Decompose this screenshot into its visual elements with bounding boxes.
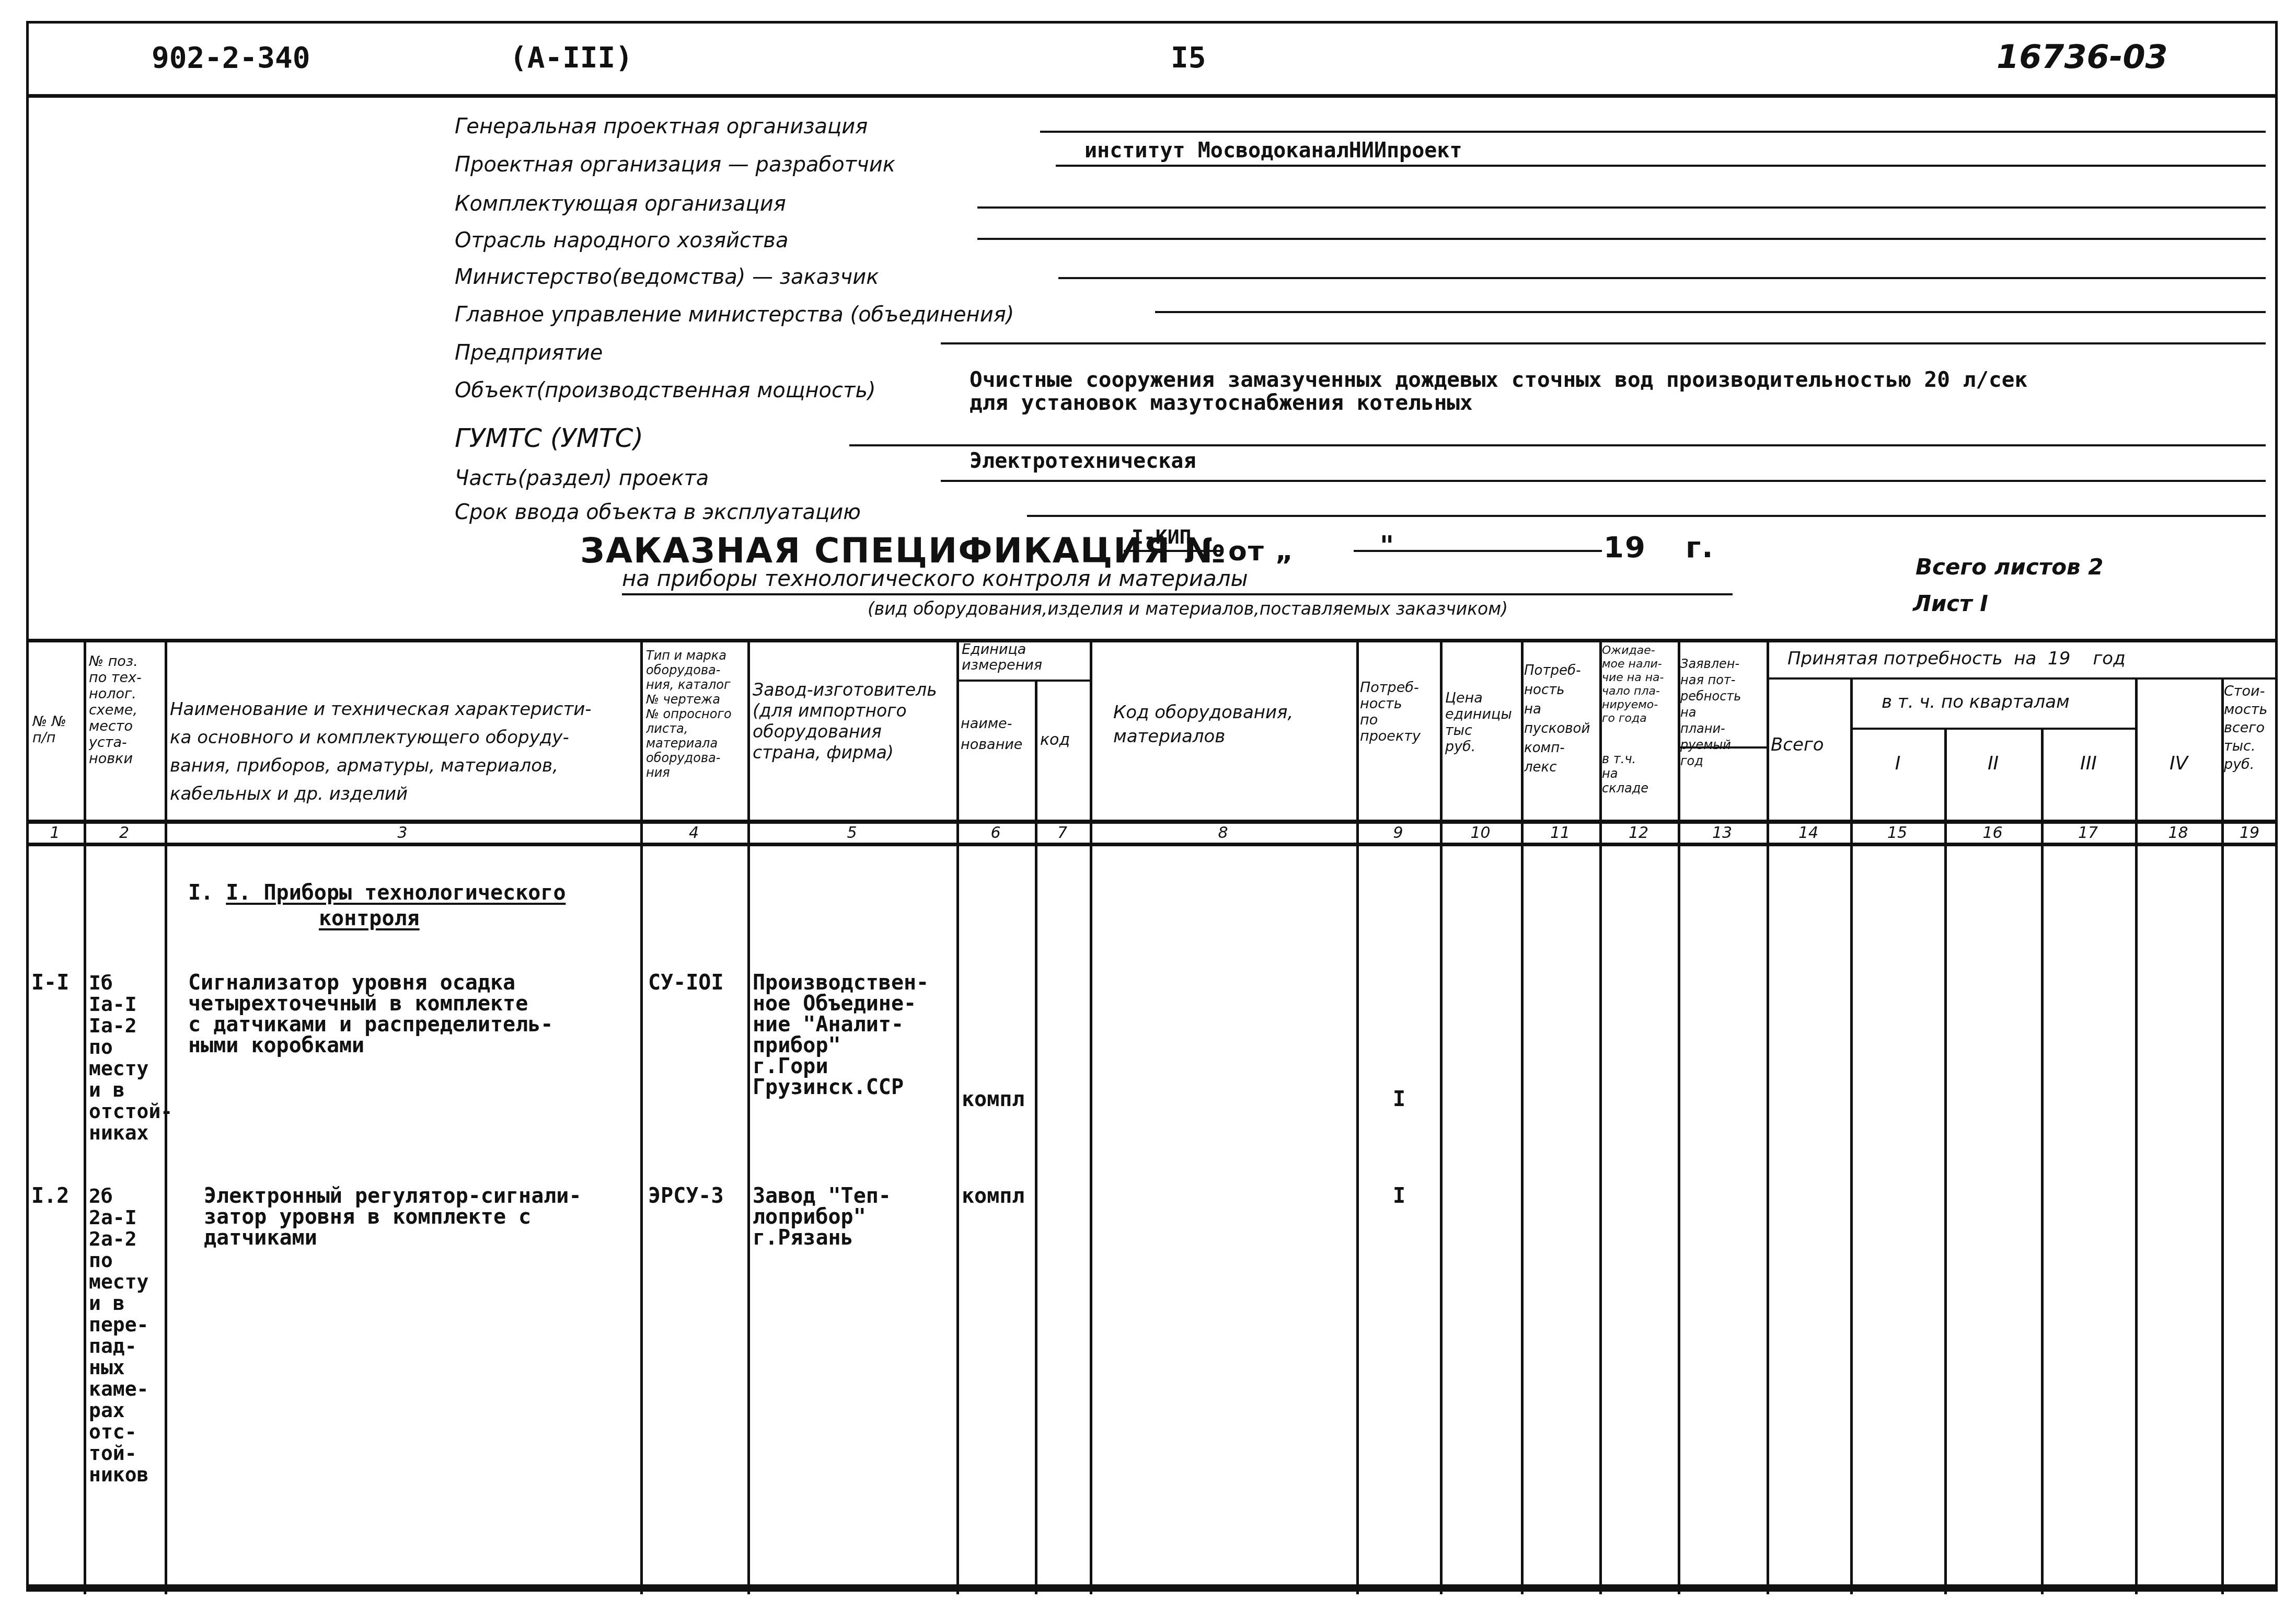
col-rule-16 [2041, 728, 2044, 1594]
colnum-12: 12 [1599, 825, 1678, 842]
th-col10: Цена единицы тыс руб. [1445, 690, 1519, 755]
colnum-19: 19 [2221, 825, 2278, 842]
field-value-design-org: институт МосводоканалНИИпроект [1084, 140, 1462, 161]
project-code: 902-2-340 [152, 41, 310, 75]
field-line-gumts [849, 444, 2266, 446]
row1-maker: Производствен- ное Объедине- ние "Аналит… [753, 972, 929, 1098]
row2-qty-project: I [1393, 1186, 1405, 1206]
th-col2: № поз. по тех- нолог. схеме, место уста-… [89, 653, 162, 767]
field-value-project-part: Электротехническая [970, 451, 1196, 471]
col-rule-3 [640, 640, 643, 1594]
col-rule-18 [2221, 677, 2224, 1594]
field-line-ministry [1058, 277, 2266, 279]
col-rule-15 [1944, 728, 1947, 1594]
spec-subtitle-caption: (вид оборудования,изделия и материалов,п… [868, 599, 1508, 619]
col-rule-4 [747, 640, 750, 1594]
colnum-8: 8 [1090, 825, 1356, 842]
field-label-ministry: Министерство(ведомства) — заказчик [455, 267, 879, 287]
total-sheets: Всего листов 2 [1916, 554, 2104, 580]
field-label-design-org: Проектная организация — разработчик [455, 154, 895, 175]
th-col19: Стои- мость всего тыс. руб. [2224, 682, 2276, 774]
accepted-group-rule [1767, 677, 2278, 680]
spec-number-line [1124, 550, 1220, 552]
total-sheets-value: 2 [2088, 554, 2103, 580]
row1-n: I-I [31, 972, 69, 993]
col-rule-9 [1440, 640, 1443, 1594]
row1-type: СУ-IOI [648, 972, 724, 993]
spec-year-suffix: г. [1686, 531, 1714, 565]
field-label-main-directorate: Главное управление министерства (объедин… [455, 304, 1014, 325]
table-top-rule [26, 639, 2278, 642]
sheet-label: Лист [1913, 591, 1972, 616]
th-col8: Код оборудования, материалов [1113, 700, 1354, 749]
spec-date-month-line [1416, 550, 1602, 552]
col-rule-6 [1035, 680, 1037, 1594]
col-rule-5 [956, 640, 959, 1594]
spec-subtitle: на приборы технологического контроля и м… [622, 566, 1248, 591]
th-col15: I [1853, 755, 1943, 772]
row2-pos: 2б 2а-I 2а-2 по месту и в пере- пад- ных… [89, 1186, 148, 1486]
spec-subtitle-line [622, 593, 1733, 595]
spec-number: I-КИП [1132, 525, 1191, 548]
colnum-18: 18 [2135, 825, 2221, 842]
sheet-number: Лист I [1913, 591, 1988, 616]
field-label-completing-org: Комплектующая организация [455, 193, 786, 214]
table-header-bottom-rule [26, 820, 2278, 824]
colnum-16: 16 [1944, 825, 2041, 842]
col-rule-13 [1767, 640, 1769, 1594]
col-rule-14 [1850, 677, 1853, 1594]
th-col12-top: Ожидае- мое нали- чие на на- чало пла- н… [1602, 644, 1676, 726]
row1-qty-project: I [1393, 1089, 1405, 1110]
title-strip-divider [26, 94, 2278, 98]
row2-unit: компл [962, 1186, 1034, 1206]
th-accepted-group: Принятая потребность на 19 год [1787, 651, 2274, 667]
field-label-object: Объект(производственная мощность) [455, 380, 876, 401]
field-line-design-org [1056, 165, 2266, 167]
colnum-9: 9 [1356, 825, 1440, 842]
col-rule-8 [1356, 640, 1359, 1594]
colnum-1: 1 [26, 825, 84, 842]
total-sheets-label: Всего листов [1916, 554, 2081, 580]
th-col12: в т.ч. на складе [1602, 752, 1676, 796]
th-col1: № № п/п [32, 714, 82, 746]
field-line-project-part [941, 480, 2266, 482]
th-col3: Наименование и техническая характеристи-… [170, 695, 638, 808]
field-line-commissioning-date [1027, 515, 2266, 517]
th-col9: Потреб- ность по проекту [1360, 680, 1438, 744]
colnum-17: 17 [2041, 825, 2135, 842]
row2-maker: Завод "Теп- лоприбор" г.Рязань [753, 1186, 891, 1248]
th-col4: Тип и марка оборудова- ния, каталог № че… [646, 648, 745, 780]
page-number: I5 [1171, 41, 1206, 75]
field-line-general-org [1040, 131, 2266, 133]
spec-date-from: от „ [1228, 536, 1294, 567]
th-col16: II [1947, 755, 2039, 772]
field-label-enterprise: Предприятие [455, 342, 603, 363]
col-rule-7 [1090, 640, 1092, 1594]
th-col7: код [1040, 732, 1087, 748]
row2-name: Электронный регулятор-сигнали- затор уро… [204, 1186, 581, 1248]
colnum-5: 5 [747, 825, 956, 842]
th-col5: Завод-изготовитель (для импортного обору… [753, 680, 954, 763]
th-col6: наиме- нование [961, 714, 1034, 755]
field-value-object-line1: Очистные сооружения замазученных дождевы… [970, 369, 2027, 390]
th-col18: IV [2138, 755, 2220, 772]
table-colnum-bottom-rule [26, 843, 2278, 846]
field-label-gumts: ГУМТС (УМТС) [455, 428, 643, 448]
field-label-general-org: Генеральная проектная организация [455, 116, 868, 137]
th-unit-group: Единица измерения [962, 642, 1087, 673]
field-line-industry [977, 238, 2266, 240]
field-line-enterprise [941, 342, 2266, 344]
row2-n: I.2 [31, 1186, 69, 1206]
spec-year-prefix: 19 [1603, 531, 1646, 565]
colnum-11: 11 [1521, 825, 1599, 842]
colnum-13: 13 [1678, 825, 1767, 842]
row1-pos: Iб Iа-I Iа-2 по месту и в отстой- никах [89, 972, 172, 1144]
unit-group-rule [956, 680, 1090, 682]
col-rule-1 [84, 640, 86, 1594]
row1-unit: компл [962, 1089, 1034, 1110]
field-label-industry: Отрасль народного хозяйства [455, 230, 788, 251]
colnum-10: 10 [1440, 825, 1521, 842]
colnum-3: 3 [165, 825, 640, 842]
col-rule-10 [1521, 640, 1524, 1594]
album-code: (А-III) [510, 41, 633, 75]
spec-date-quote: " [1380, 531, 1395, 562]
th-col13: Заявлен- ная пот- ребность на плани- руе… [1680, 656, 1764, 769]
row1-name: Сигнализатор уровня осадка четырехточечн… [188, 972, 553, 1056]
th-col14: Всего [1771, 737, 1849, 753]
field-label-commissioning-date: Срок ввода объекта в эксплуатацию [455, 502, 861, 523]
colnum-7: 7 [1035, 825, 1090, 842]
th-col17: III [2044, 755, 2133, 772]
sheet-value: I [1980, 591, 1988, 616]
colnum-2: 2 [84, 825, 165, 842]
field-label-project-part: Часть(раздел) проекта [455, 468, 709, 489]
colnum-14: 14 [1767, 825, 1850, 842]
colnum-4: 4 [640, 825, 747, 842]
section-title-line1: I. I. Приборы технологического [188, 882, 566, 903]
field-value-object-line2: для установок мазутоснабжения котельных [970, 392, 1473, 413]
field-line-main-directorate [1155, 311, 2266, 313]
quarters-group-rule [1850, 728, 2135, 730]
th-quarters-group: в т. ч. по кварталам [1882, 694, 2132, 710]
section-title-line2: контроля [319, 908, 420, 929]
field-line-completing-org [977, 206, 2266, 209]
th-col11: Потреб- ность на пусковой комп- лекс [1524, 661, 1598, 777]
colnum-15: 15 [1850, 825, 1944, 842]
colnum-6: 6 [956, 825, 1035, 842]
col-rule-12 [1678, 640, 1680, 1594]
row2-type: ЭРСУ-3 [648, 1186, 724, 1206]
document-number: 16736-03 [1997, 38, 2168, 76]
col-rule-17 [2135, 677, 2138, 1594]
